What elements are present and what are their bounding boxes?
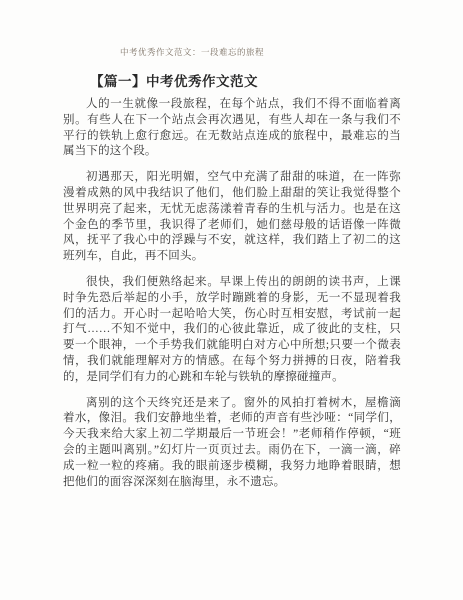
essay-body: 人的一生就像一段旅程，在每个站点，我们不得不面临着离别。有些人在下一个站点会再次…	[63, 97, 401, 500]
essay-paragraph-2: 初遇那天，阳光明媚，空气中充满了甜甜的味道，在一阵弥漫着成熟的风中我结识了他们，…	[63, 170, 401, 265]
essay-paragraph-3: 很快，我们便熟络起来。早课上传出的朗朗的读书声，上课时争先恐后举起的小手，放学时…	[63, 275, 401, 386]
section-heading: 【篇一】中考优秀作文范文	[63, 70, 401, 90]
essay-paragraph-4: 离别的这个天终究还是来了。窗外的风拍打着树木，屋檐滴着水，像泪。我们安静地坐着，…	[63, 396, 401, 491]
document-page: 中考优秀作文范文：一段难忘的旅程 【篇一】中考优秀作文范文 人的一生就像一段旅程…	[0, 0, 463, 600]
document-header-title: 中考优秀作文范文：一段难忘的旅程	[120, 46, 264, 58]
essay-paragraph-1: 人的一生就像一段旅程，在每个站点，我们不得不面临着离别。有些人在下一个站点会再次…	[63, 97, 401, 160]
